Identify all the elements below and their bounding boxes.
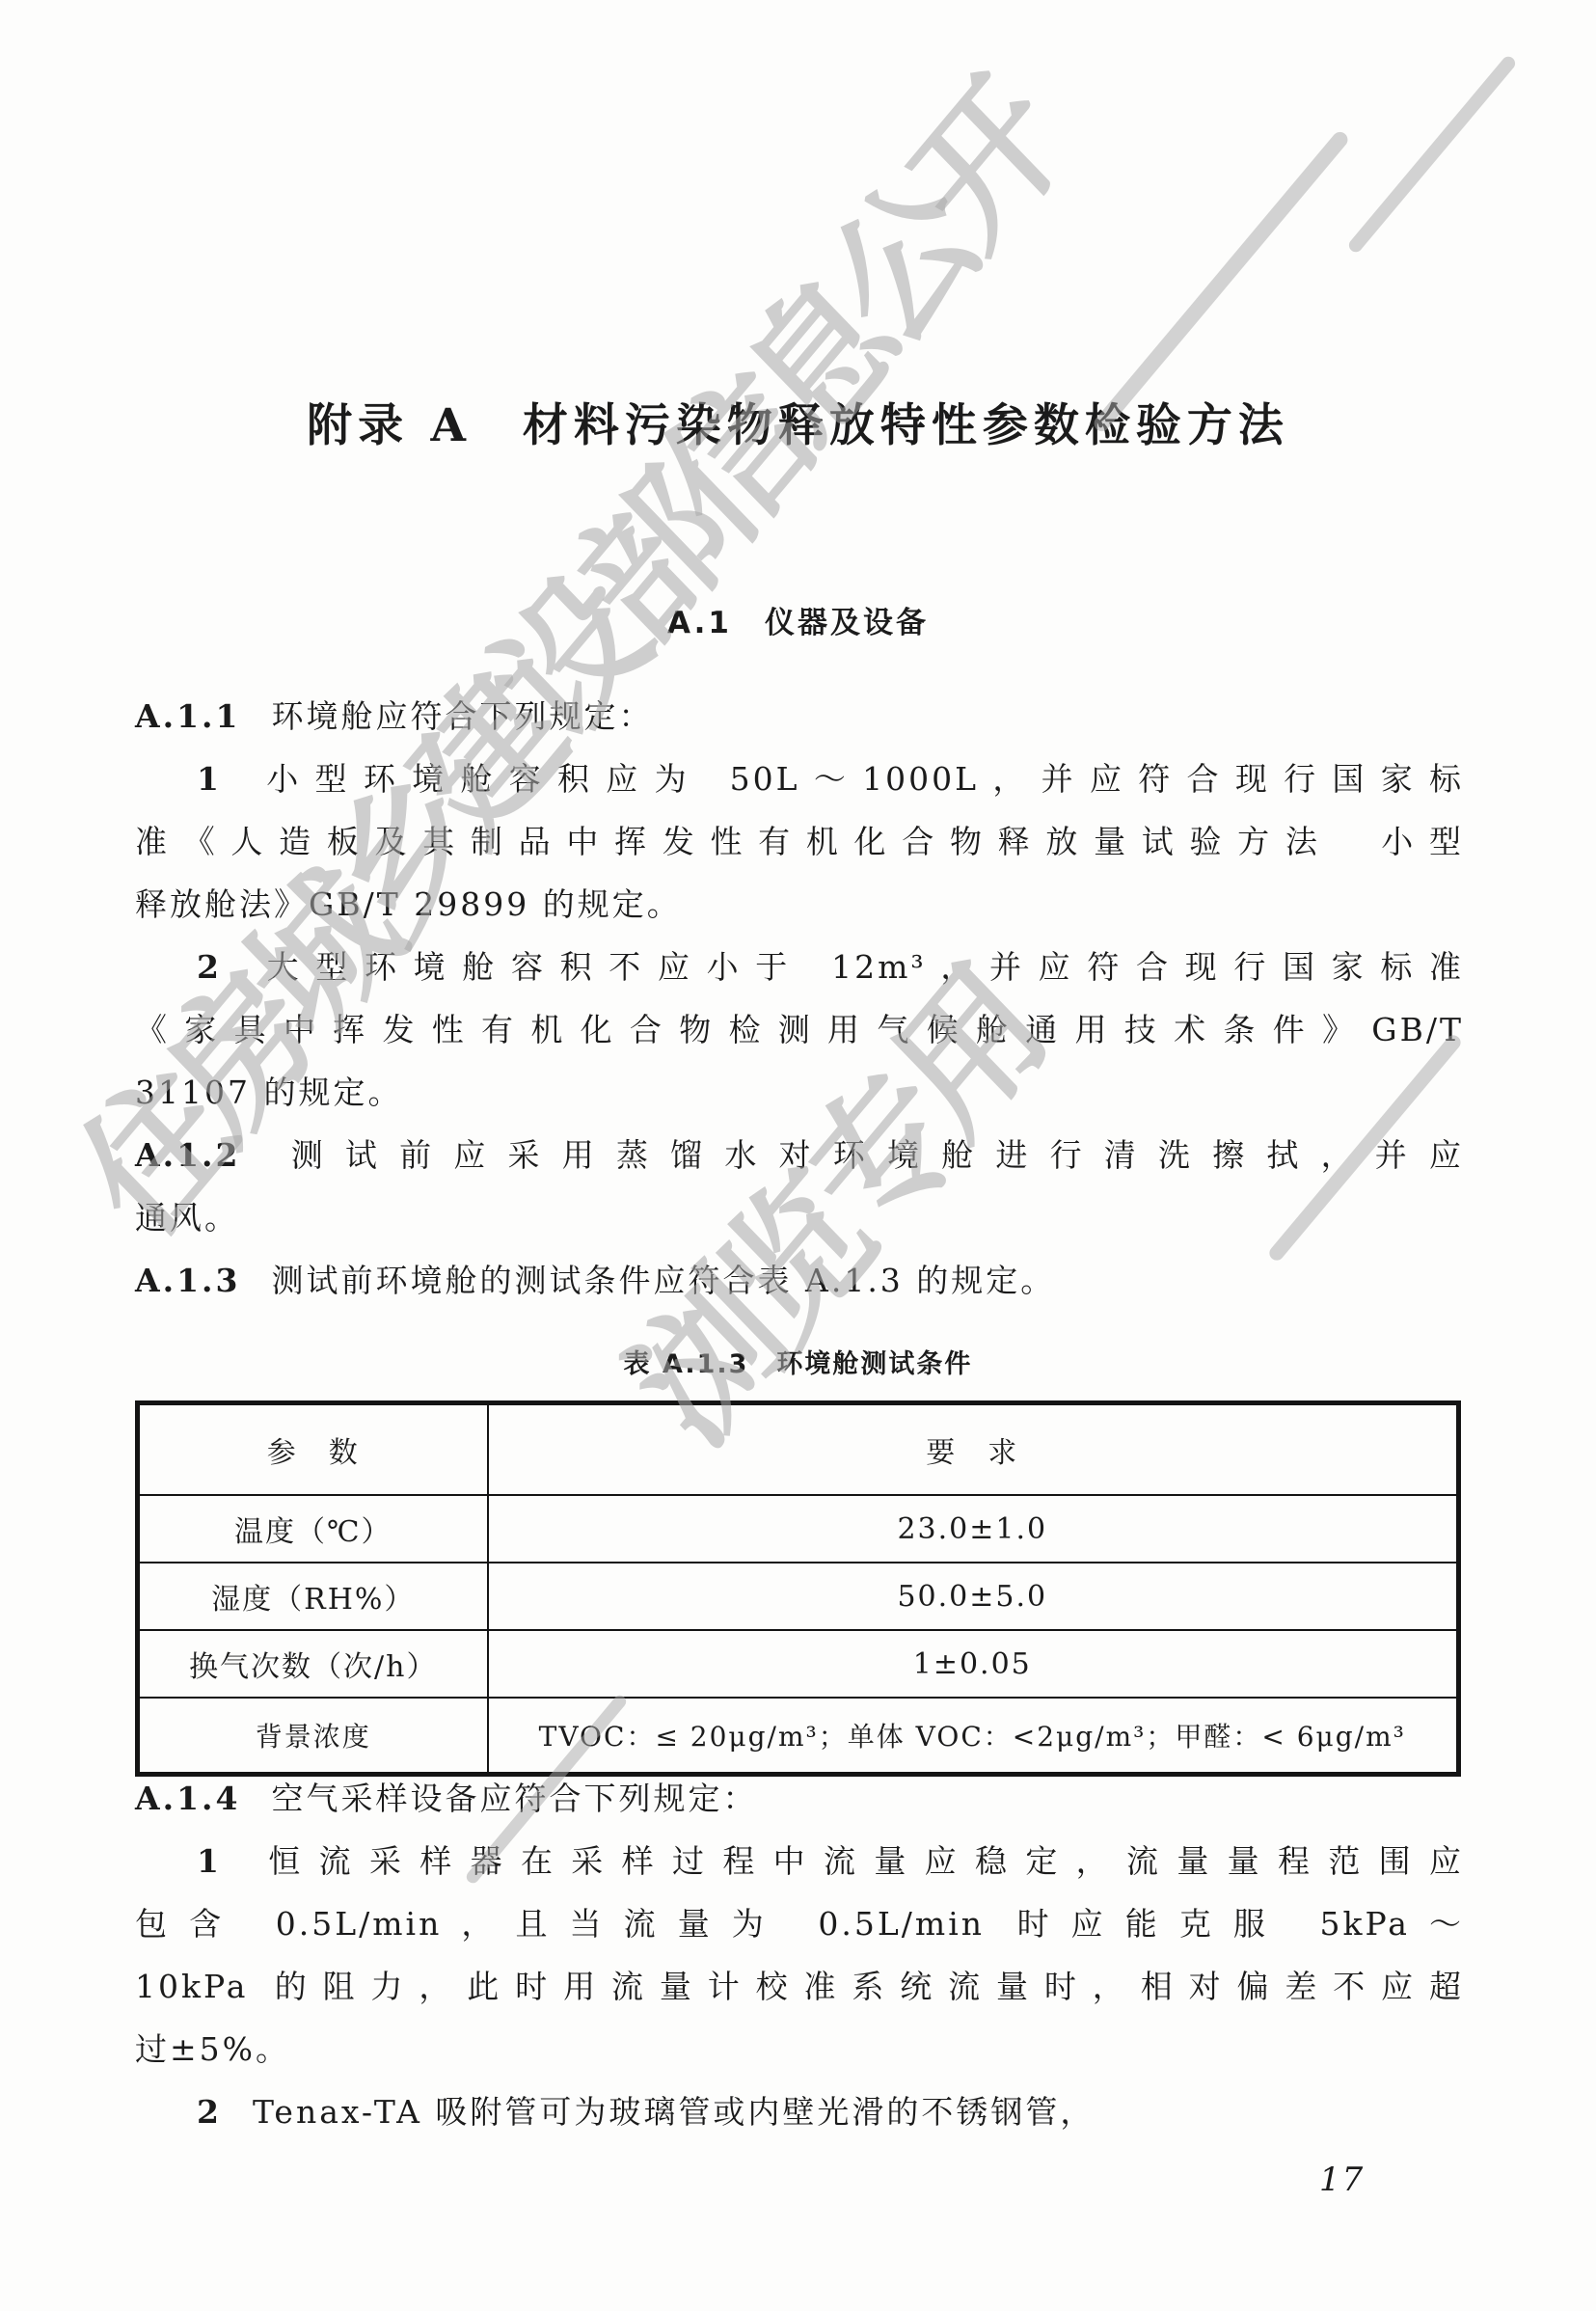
text-line: 准《人造板及其制品中挥发性有机化合物释放量试验方法 小型 [135,810,1464,873]
text-line: 1恒流采样器在采样过程中流量应稳定，流量量程范围应 [135,1830,1464,1892]
text-line: 通风。 [135,1186,1464,1249]
clause-text: 测试前应采用蒸馏水对环境舱进行清洗擦拭，并应 [272,1136,1464,1174]
paragraph-block-a14: A.1.4空气采样设备应符合下列规定： 1恒流采样器在采样过程中流量应稳定，流量… [135,1767,1464,2143]
clause-text: 大型环境舱容积不应小于 12m³，并应符合现行国家标准 [253,948,1464,986]
item-number: 1 [197,1842,222,1880]
clause-text: 小型环境舱容积应为 50L～1000L，并应符合现行国家标 [253,760,1464,798]
clause-text: 环境舱应符合下列规定： [272,697,654,735]
text-line: 释放舱法》GB/T 29899 的规定。 [135,873,1464,936]
appendix-title: 附录 A 材料污染物释放特性参数检验方法 [0,390,1596,454]
document-page: 附录 A 材料污染物释放特性参数检验方法 A.1 仪器及设备 A.1.1环境舱应… [0,0,1596,2311]
text-line: A.1.4空气采样设备应符合下列规定： [135,1767,1464,1830]
clause-text: 10kPa 的阻力，此时用流量计校准系统流量时，相对偏差不应超 [135,1968,1464,2005]
clause-label: A.1.4 [135,1780,241,1817]
clause-text: 包含 0.5L/min，且当流量为 0.5L/min 时应能克服 5kPa～ [135,1905,1464,1943]
table-row: 湿度（RH%） 50.0±5.0 [138,1563,1459,1630]
clause-text: 释放舱法》GB/T 29899 的规定。 [135,885,682,923]
clause-text: 《家具中挥发性有机化合物检测用气候舱通用技术条件》GB/T [135,1011,1464,1048]
page-number: 17 [1319,2161,1365,2199]
clause-label: A.1.1 [135,697,241,735]
text-line: 10kPa 的阻力，此时用流量计校准系统流量时，相对偏差不应超 [135,1955,1464,2018]
item-number: 2 [197,2093,222,2131]
page-content: 附录 A 材料污染物释放特性参数检验方法 A.1 仪器及设备 A.1.1环境舱应… [0,0,1596,2311]
requirement-cell: TVOC：≤ 20μg/m³；单体 VOC：<2μg/m³；甲醛：< 6μg/m… [488,1698,1459,1775]
clause-label: A.1.2 [135,1136,241,1174]
clause-text: 空气采样设备应符合下列规定： [272,1780,758,1817]
text-line: 2Tenax-TA 吸附管可为玻璃管或内壁光滑的不锈钢管， [135,2080,1464,2143]
text-line: 《家具中挥发性有机化合物检测用气候舱通用技术条件》GB/T [135,998,1464,1061]
chamber-conditions-table: 参 数 要 求 温度（℃） 23.0±1.0 湿度（RH%） 50.0±5.0 … [135,1400,1461,1777]
text-line: 包含 0.5L/min，且当流量为 0.5L/min 时应能克服 5kPa～ [135,1892,1464,1955]
item-number: 1 [197,760,222,798]
table-row: 背景浓度 TVOC：≤ 20μg/m³；单体 VOC：<2μg/m³；甲醛：< … [138,1698,1459,1775]
requirement-cell: 1±0.05 [488,1630,1459,1698]
clause-text: 31107 的规定。 [135,1074,402,1111]
table-caption: 表 A.1.3 环境舱测试条件 [0,1343,1596,1380]
text-line: 过±5%。 [135,2018,1464,2080]
parameter-cell: 温度（℃） [138,1495,488,1563]
text-line: A.1.2测试前应采用蒸馏水对环境舱进行清洗擦拭，并应 [135,1124,1464,1186]
text-line: 31107 的规定。 [135,1061,1464,1124]
text-line: 1小型环境舱容积应为 50L～1000L，并应符合现行国家标 [135,748,1464,810]
clause-text: 准《人造板及其制品中挥发性有机化合物释放量试验方法 小型 [135,823,1464,860]
parameter-cell: 换气次数（次/h） [138,1630,488,1698]
clause-text: Tenax-TA 吸附管可为玻璃管或内壁光滑的不锈钢管， [253,2093,1095,2131]
clause-text: 过±5%。 [135,2030,290,2068]
text-line: 2大型环境舱容积不应小于 12m³，并应符合现行国家标准 [135,936,1464,998]
requirement-cell: 50.0±5.0 [488,1563,1459,1630]
requirement-cell: 23.0±1.0 [488,1495,1459,1563]
clause-text: 恒流采样器在采样过程中流量应稳定，流量量程范围应 [253,1842,1464,1880]
text-line: A.1.3测试前环境舱的测试条件应符合表 A.1.3 的规定。 [135,1249,1464,1312]
section-heading-a1: A.1 仪器及设备 [0,598,1596,641]
column-header-requirement: 要 求 [488,1403,1459,1496]
table-header-row: 参 数 要 求 [138,1403,1459,1496]
clause-label: A.1.3 [135,1262,241,1299]
item-number: 2 [197,948,222,986]
parameter-cell: 背景浓度 [138,1698,488,1775]
text-line: A.1.1环境舱应符合下列规定： [135,685,1464,748]
table-row: 换气次数（次/h） 1±0.05 [138,1630,1459,1698]
paragraph-block-a11-a13: A.1.1环境舱应符合下列规定： 1小型环境舱容积应为 50L～1000L，并应… [135,685,1464,1312]
column-header-parameter: 参 数 [138,1403,488,1496]
clause-text: 通风。 [135,1199,239,1237]
table-row: 温度（℃） 23.0±1.0 [138,1495,1459,1563]
clause-text: 测试前环境舱的测试条件应符合表 A.1.3 的规定。 [272,1262,1056,1299]
parameter-cell: 湿度（RH%） [138,1563,488,1630]
